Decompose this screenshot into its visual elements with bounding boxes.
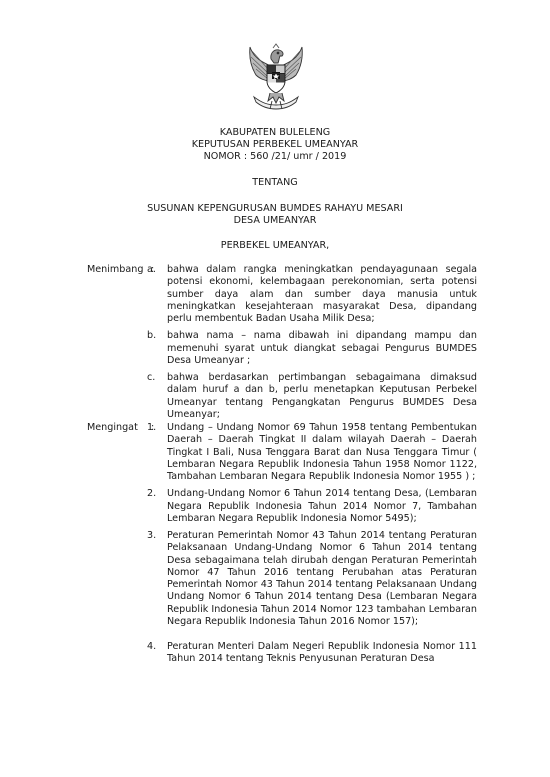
document-page: KABUPATEN BULELENG KEPUTUSAN PERBEKEL UM… — [0, 0, 550, 777]
about-heading: TENTANG — [0, 177, 550, 189]
recalling-label: Mengingat — [87, 422, 138, 434]
considering-section: Menimbang : a. bahwa dalam rangka mening… — [87, 264, 477, 421]
item-marker: c. — [147, 372, 155, 384]
item-marker: 4. — [147, 641, 156, 653]
considering-item: a. bahwa dalam rangka meningkatkan penda… — [167, 264, 477, 325]
considering-item: c. bahwa berdasarkan pertimbangan sebaga… — [167, 372, 477, 421]
recalling-item: 4. Peraturan Menteri Dalam Negeri Republ… — [167, 641, 477, 666]
garuda-emblem-icon — [246, 37, 306, 113]
recalling-item: 2. Undang-Undang Nomor 6 Tahun 2014 tent… — [167, 488, 477, 525]
item-text: Undang – Undang Nomor 69 Tahun 1958 tent… — [167, 422, 477, 483]
decree-title: KEPUTUSAN PERBEKEL UMEANYAR — [0, 139, 550, 151]
authority-heading: PERBEKEL UMEANYAR, — [0, 240, 550, 252]
subject-line-2: DESA UMEANYAR — [0, 215, 550, 227]
recalling-item: 1. Undang – Undang Nomor 69 Tahun 1958 t… — [167, 422, 477, 483]
item-text: Peraturan Pemerintah Nomor 43 Tahun 2014… — [167, 530, 477, 628]
item-text: bahwa berdasarkan pertimbangan sebagaima… — [167, 372, 477, 421]
item-text: bahwa dalam rangka meningkatkan pendayag… — [167, 264, 477, 325]
item-marker: 2. — [147, 488, 156, 500]
item-marker: 3. — [147, 530, 156, 542]
considering-item: b. bahwa nama – nama dibawah ini dipanda… — [167, 330, 477, 367]
item-text: Undang-Undang Nomor 6 Tahun 2014 tentang… — [167, 488, 477, 525]
recalling-item: 3. Peraturan Pemerintah Nomor 43 Tahun 2… — [167, 530, 477, 628]
considering-label: Menimbang — [87, 264, 143, 276]
item-marker: b. — [147, 330, 156, 342]
regency-title: KABUPATEN BULELENG — [0, 127, 550, 139]
recalling-section: Mengingat : 1. Undang – Undang Nomor 69 … — [87, 422, 477, 666]
item-text: Peraturan Menteri Dalam Negeri Republik … — [167, 641, 477, 666]
item-marker: 1. — [147, 422, 156, 434]
item-text: bahwa nama – nama dibawah ini dipandang … — [167, 330, 477, 367]
decree-number: NOMOR : 560 /21/ umr / 2019 — [0, 151, 550, 163]
subject-line-1: SUSUNAN KEPENGURUSAN BUMDES RAHAYU MESAR… — [0, 203, 550, 215]
item-marker: a. — [147, 264, 156, 276]
